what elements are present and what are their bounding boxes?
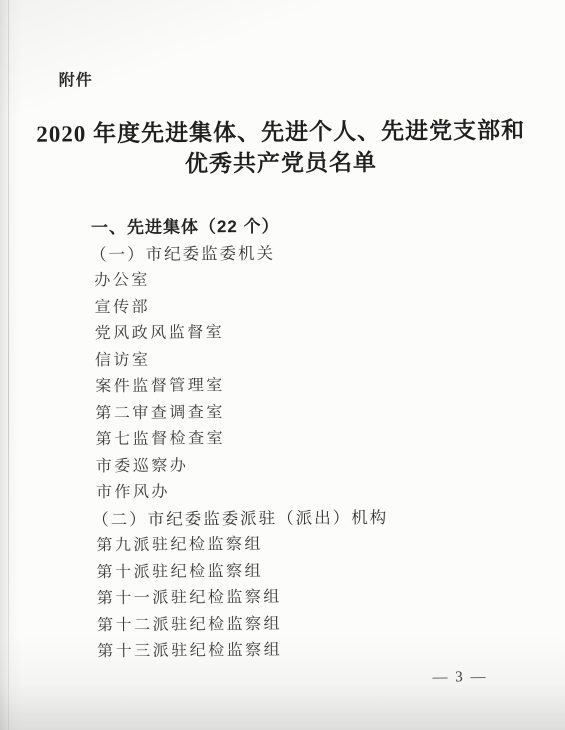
- document-title-line1: 2020 年度先进集体、先进个人、先进党支部和: [0, 115, 563, 150]
- list-item: 市作风办: [96, 477, 526, 507]
- list-item: 宣传部: [94, 291, 524, 321]
- list-item: 第十三派驻纪检监察组: [97, 636, 527, 666]
- list-item: 第七监督检查室: [95, 424, 525, 454]
- scanned-document-page: 附件 2020 年度先进集体、先进个人、先进党支部和 优秀共产党员名单 一、先进…: [0, 0, 565, 730]
- list-item: 市委巡察办: [96, 450, 526, 480]
- list-item: 党风政风监督室: [95, 318, 525, 348]
- list-item: 第十一派驻纪检监察组: [97, 583, 527, 613]
- group-subheading: （二）市纪委监委派驻（派出）机构: [92, 503, 526, 533]
- group-subheading: （一）市纪委监委机关: [90, 238, 524, 268]
- section-heading: 一、先进集体（22 个）: [91, 212, 524, 242]
- page-number: — 3 —: [432, 669, 487, 686]
- document-body: 一、先进集体（22 个）（一）市纪委监委机关办公室宣传部党风政风监督室信访室案件…: [94, 212, 528, 666]
- document-title-line2: 优秀共产党员名单: [0, 146, 564, 181]
- list-item: 信访室: [95, 344, 525, 374]
- list-item: 第二审查调查室: [95, 397, 525, 427]
- list-item: 办公室: [94, 265, 524, 295]
- document-title: 2020 年度先进集体、先进个人、先进党支部和 优秀共产党员名单: [0, 115, 564, 181]
- list-item: 第九派驻纪检监察组: [96, 530, 526, 560]
- list-item: 第十派驻纪检监察组: [97, 556, 527, 586]
- list-item: 第十二派驻纪检监察组: [97, 609, 527, 639]
- list-item: 案件监督管理室: [95, 371, 525, 401]
- attachment-label: 附件: [59, 67, 93, 90]
- document-content: 附件 2020 年度先进集体、先进个人、先进党支部和 优秀共产党员名单 一、先进…: [0, 0, 565, 730]
